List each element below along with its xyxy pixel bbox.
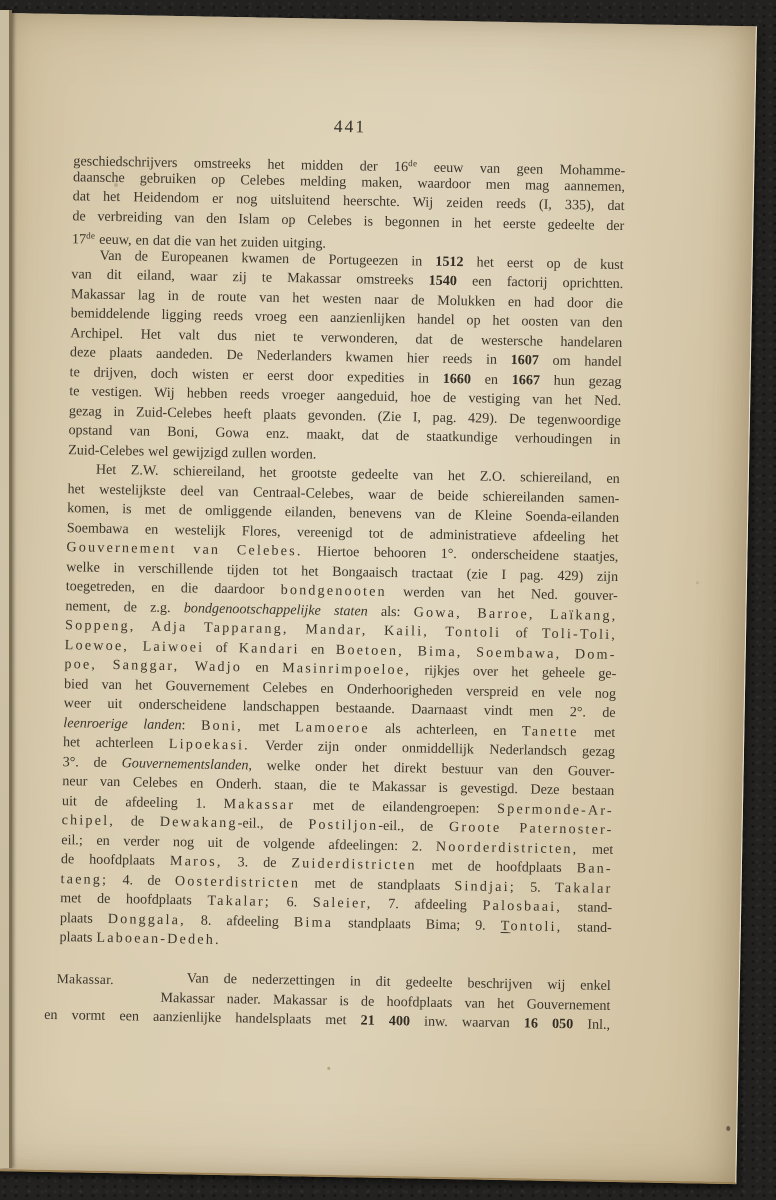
text-segment-sp: Noorderdistricten,	[436, 838, 579, 857]
text-segment: en	[471, 371, 512, 388]
text-segment-sp: taeng;	[60, 871, 108, 888]
text-segment: uit de afdeeling 1.	[62, 793, 224, 812]
text-segment-sp: ontoli,	[510, 918, 562, 935]
text-segment: 5.	[516, 879, 555, 896]
text-segment: 4. de	[108, 871, 175, 888]
text-segment: inw. waarvan	[410, 1013, 524, 1031]
text-segment: met de hoofdplaats	[416, 857, 576, 876]
text-segment-sp: Laboean-Dedeh.	[96, 930, 221, 948]
text-segment-sp: chipel,	[61, 812, 115, 829]
text-segment: plaats	[60, 910, 108, 927]
paper-speck	[114, 183, 118, 187]
text-segment-it: leenroerige landen	[63, 715, 182, 733]
text-segment: met de hoofdplaats	[60, 890, 207, 909]
text-segment-sp: Takalar	[555, 879, 613, 896]
text-segment-b: 16 050	[524, 1015, 574, 1032]
text-segment-sp: Zuiderdistricten	[291, 855, 416, 873]
text-segment: 17	[72, 231, 86, 247]
text-segment: rijkjes over het geheele ge-	[411, 662, 617, 682]
text-segment: :	[181, 717, 201, 733]
text-segment-sp: Toli-Toli,	[542, 626, 618, 643]
text-segment-it: bondgenootschappelijke staten	[184, 600, 368, 619]
text-segment-sp: Tanette	[522, 723, 579, 740]
text-segment: 7. afdeeling	[372, 896, 482, 914]
text-segment: als achterleen, en	[370, 720, 523, 739]
text-segment-sp: Groote Paternoster-	[449, 819, 614, 838]
page-edge-strip	[0, 10, 12, 1168]
text-segment: 6.	[271, 894, 313, 911]
text-segment-sp: Dewakang	[160, 814, 238, 831]
text-segment: en vormt een aanzienlijke handelsplaats …	[44, 1007, 361, 1029]
text-segment: Zuid-Celebes wel gewijzigd zullen worden…	[68, 442, 316, 462]
text-segment-sp: Palosbaai,	[482, 898, 562, 915]
text-segment-sp: Boetoen, Bima, Soembawa, Dom-	[336, 641, 617, 662]
text-segment-sp: Saleier,	[313, 895, 373, 912]
text-segment-sp: Gowa, Barroe, Laïkang,	[414, 604, 618, 624]
text-segment: met de standplaats	[300, 875, 455, 894]
text-segment: of	[204, 639, 239, 656]
text-segment: -eil., de	[238, 815, 309, 832]
text-segment-sp: Boni,	[201, 717, 243, 734]
paragraph: Van de Europeanen kwamen de Portugeezen …	[68, 246, 624, 470]
text-segment-sp: Spermonde-Ar-	[497, 800, 614, 818]
text-segment: 3°. de	[63, 754, 122, 771]
text-segment-b: 21 400	[360, 1012, 410, 1029]
book-page: 441 geschiedschrijvers omstreeks het mid…	[0, 13, 757, 1184]
text-segment-b: 1540	[429, 273, 457, 289]
text-segment: met de eilandengroepen:	[295, 797, 497, 817]
text-segment-sp: Kandari	[239, 640, 300, 657]
text-segment: 3. de	[223, 854, 292, 871]
paper-speck	[696, 581, 699, 584]
text-segment-b: 1512	[435, 253, 463, 269]
paper-speck	[327, 1067, 330, 1070]
text-segment-sp: Lipoekasi.	[169, 736, 250, 753]
text-segment: of	[501, 625, 542, 642]
text-segment: en	[242, 659, 282, 676]
text-segment: de hoofdplaats	[61, 851, 170, 869]
text-segment-b: 1660	[443, 370, 471, 386]
text-segment: als:	[368, 603, 414, 620]
text-segment-sp: Takalar;	[207, 893, 271, 910]
text-segment: hun gezag	[540, 372, 622, 389]
text-segment: met	[578, 841, 613, 858]
text-block: geschiedschrijvers omstreeks het midden …	[58, 148, 626, 1035]
text-segment: met	[579, 724, 616, 741]
text-segment: werden van het Ned. gouver-	[387, 584, 618, 604]
text-segment: Hiertoe behooren 1°. onderscheidene staa…	[302, 543, 618, 565]
text-segment-b: 1607	[511, 352, 539, 368]
text-segment: het eerst op de kust	[463, 254, 623, 273]
text-segment: 8. afdeeling	[186, 912, 294, 930]
text-segment: -eil., de	[378, 818, 449, 835]
text-segment-sp: Bima	[294, 914, 334, 931]
text-segment-sp: poe, Sanggar, Wadjo	[64, 656, 242, 675]
text-segment-sp: Maros,	[170, 853, 223, 870]
text-segment-sup: de	[408, 158, 417, 168]
text-segment: en	[300, 641, 336, 658]
text-segment: nement, de z.g.	[65, 598, 184, 616]
text-segment-sp: bondgenooten	[281, 582, 388, 600]
text-segment-sp: Ban-	[577, 860, 613, 877]
page-number: 441	[74, 111, 626, 143]
text-segment: Inl.,	[573, 1016, 610, 1033]
text-segment-b: 1667	[512, 372, 540, 388]
text-segment-it: Gouvernementslanden,	[122, 755, 253, 773]
text-segment-sp: Makassar	[223, 796, 295, 813]
text-segment-sp: Donggala,	[108, 910, 186, 927]
text-segment: met	[243, 718, 295, 735]
text-segment-sp: Lamoeroe	[295, 719, 370, 736]
text-segment: plaats	[59, 929, 96, 946]
text-segment-sp: Masinrimpoeloe,	[282, 660, 411, 678]
text-segment: toegetreden, en die daardoor	[66, 578, 281, 598]
text-segment-sp: Oosterdistricten	[175, 873, 300, 891]
margin-note: Makassar.	[57, 969, 114, 990]
text-segment: de	[115, 813, 160, 830]
text-segment: het achterleen	[63, 734, 169, 752]
paragraph: Het Z.W. schiereiland, het grootste gede…	[59, 460, 620, 957]
text-segment-sp: T	[501, 917, 511, 933]
paragraph: geschiedschrijvers omstreeks het midden …	[72, 148, 626, 255]
text-segment-sp: Sindjai;	[454, 878, 516, 895]
text-segment-sp: Loewoe, Laiwoei	[65, 637, 205, 655]
text-segment: stand-	[562, 919, 612, 936]
paper-speck	[529, 318, 532, 321]
scan-background: 441 geschiedschrijvers omstreeks het mid…	[0, 0, 776, 1200]
paper-speck	[726, 1126, 730, 1131]
text-segment-sp: Gouvernement van Celebes.	[66, 539, 302, 559]
text-segment: standplaats Bima; 9.	[333, 914, 501, 933]
paragraph: Makassar.Van de nederzettingen in dit ge…	[58, 967, 611, 1035]
text-segment: stand-	[562, 899, 612, 916]
text-segment: om handel	[539, 353, 622, 370]
text-segment-sp: Postiljon	[308, 817, 378, 834]
text-segment: een factorij oprichtten.	[457, 273, 624, 292]
text-segment-sup: de	[86, 230, 95, 240]
